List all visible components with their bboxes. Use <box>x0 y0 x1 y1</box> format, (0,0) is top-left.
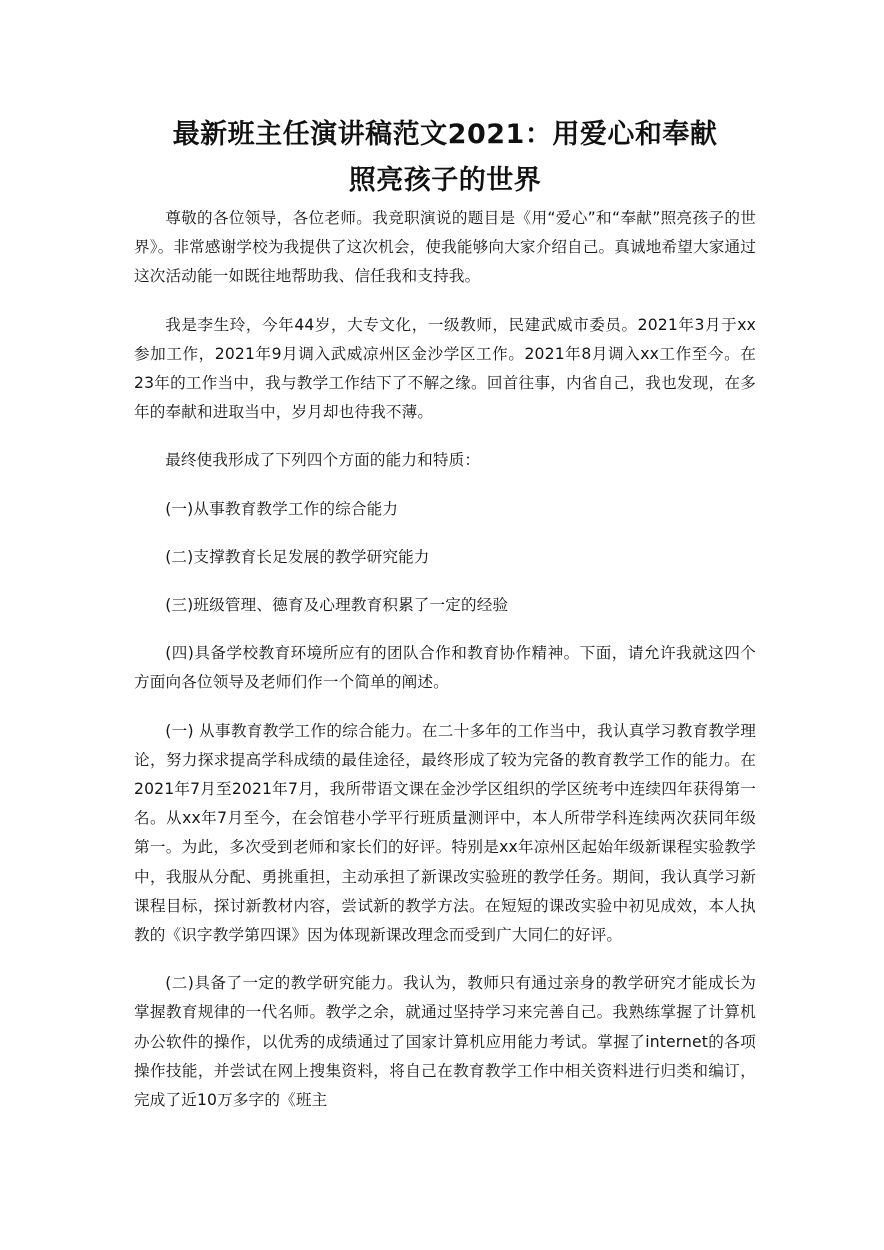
paragraph-abilities-intro: 最终使我形成了下列四个方面的能力和特质： <box>134 446 756 475</box>
list-item-ability-3: (三)班级管理、德育及心理教育积累了一定的经验 <box>134 591 756 620</box>
paragraph-gap <box>134 620 756 639</box>
paragraph-gap <box>134 572 756 591</box>
paragraph-gap <box>134 524 756 543</box>
paragraph-gap <box>134 698 756 717</box>
paragraph-section-2: (二)具备了一定的教学研究能力。我认为，教师只有通过亲身的教学研究才能成长为掌握… <box>134 969 756 1115</box>
paragraph-gap <box>134 476 756 495</box>
paragraph-gap <box>134 950 756 969</box>
paragraph-section-1: (一) 从事教育教学工作的综合能力。在二十多年的工作当中，我认真学习教育教学理论… <box>134 717 756 951</box>
paragraph-greeting: 尊敬的各位领导，各位老师。我竞职演说的题目是《用“爱心”和“奉献”照亮孩子的世界… <box>134 204 756 292</box>
document-title: 最新班主任演讲稿范文2021：用爱心和奉献 照亮孩子的世界 <box>134 112 756 204</box>
paragraph-gap <box>134 427 756 446</box>
paragraph-self-introduction: 我是李生玲，今年44岁，大专文化，一级教师，民建武威市委员。2021年3月于xx… <box>134 311 756 428</box>
list-item-ability-1: (一)从事教育教学工作的综合能力 <box>134 495 756 524</box>
list-item-ability-2: (二)支撑教育长足发展的教学研究能力 <box>134 543 756 572</box>
paragraph-gap <box>134 292 756 311</box>
list-item-ability-4: (四)具备学校教育环境所应有的团队合作和教育协作精神。下面，请允许我就这四个方面… <box>134 639 756 697</box>
title-line-2: 照亮孩子的世界 <box>134 158 756 204</box>
title-line-1: 最新班主任演讲稿范文2021：用爱心和奉献 <box>134 112 756 158</box>
document-page: 最新班主任演讲稿范文2021：用爱心和奉献 照亮孩子的世界 尊敬的各位领导，各位… <box>134 112 756 1115</box>
